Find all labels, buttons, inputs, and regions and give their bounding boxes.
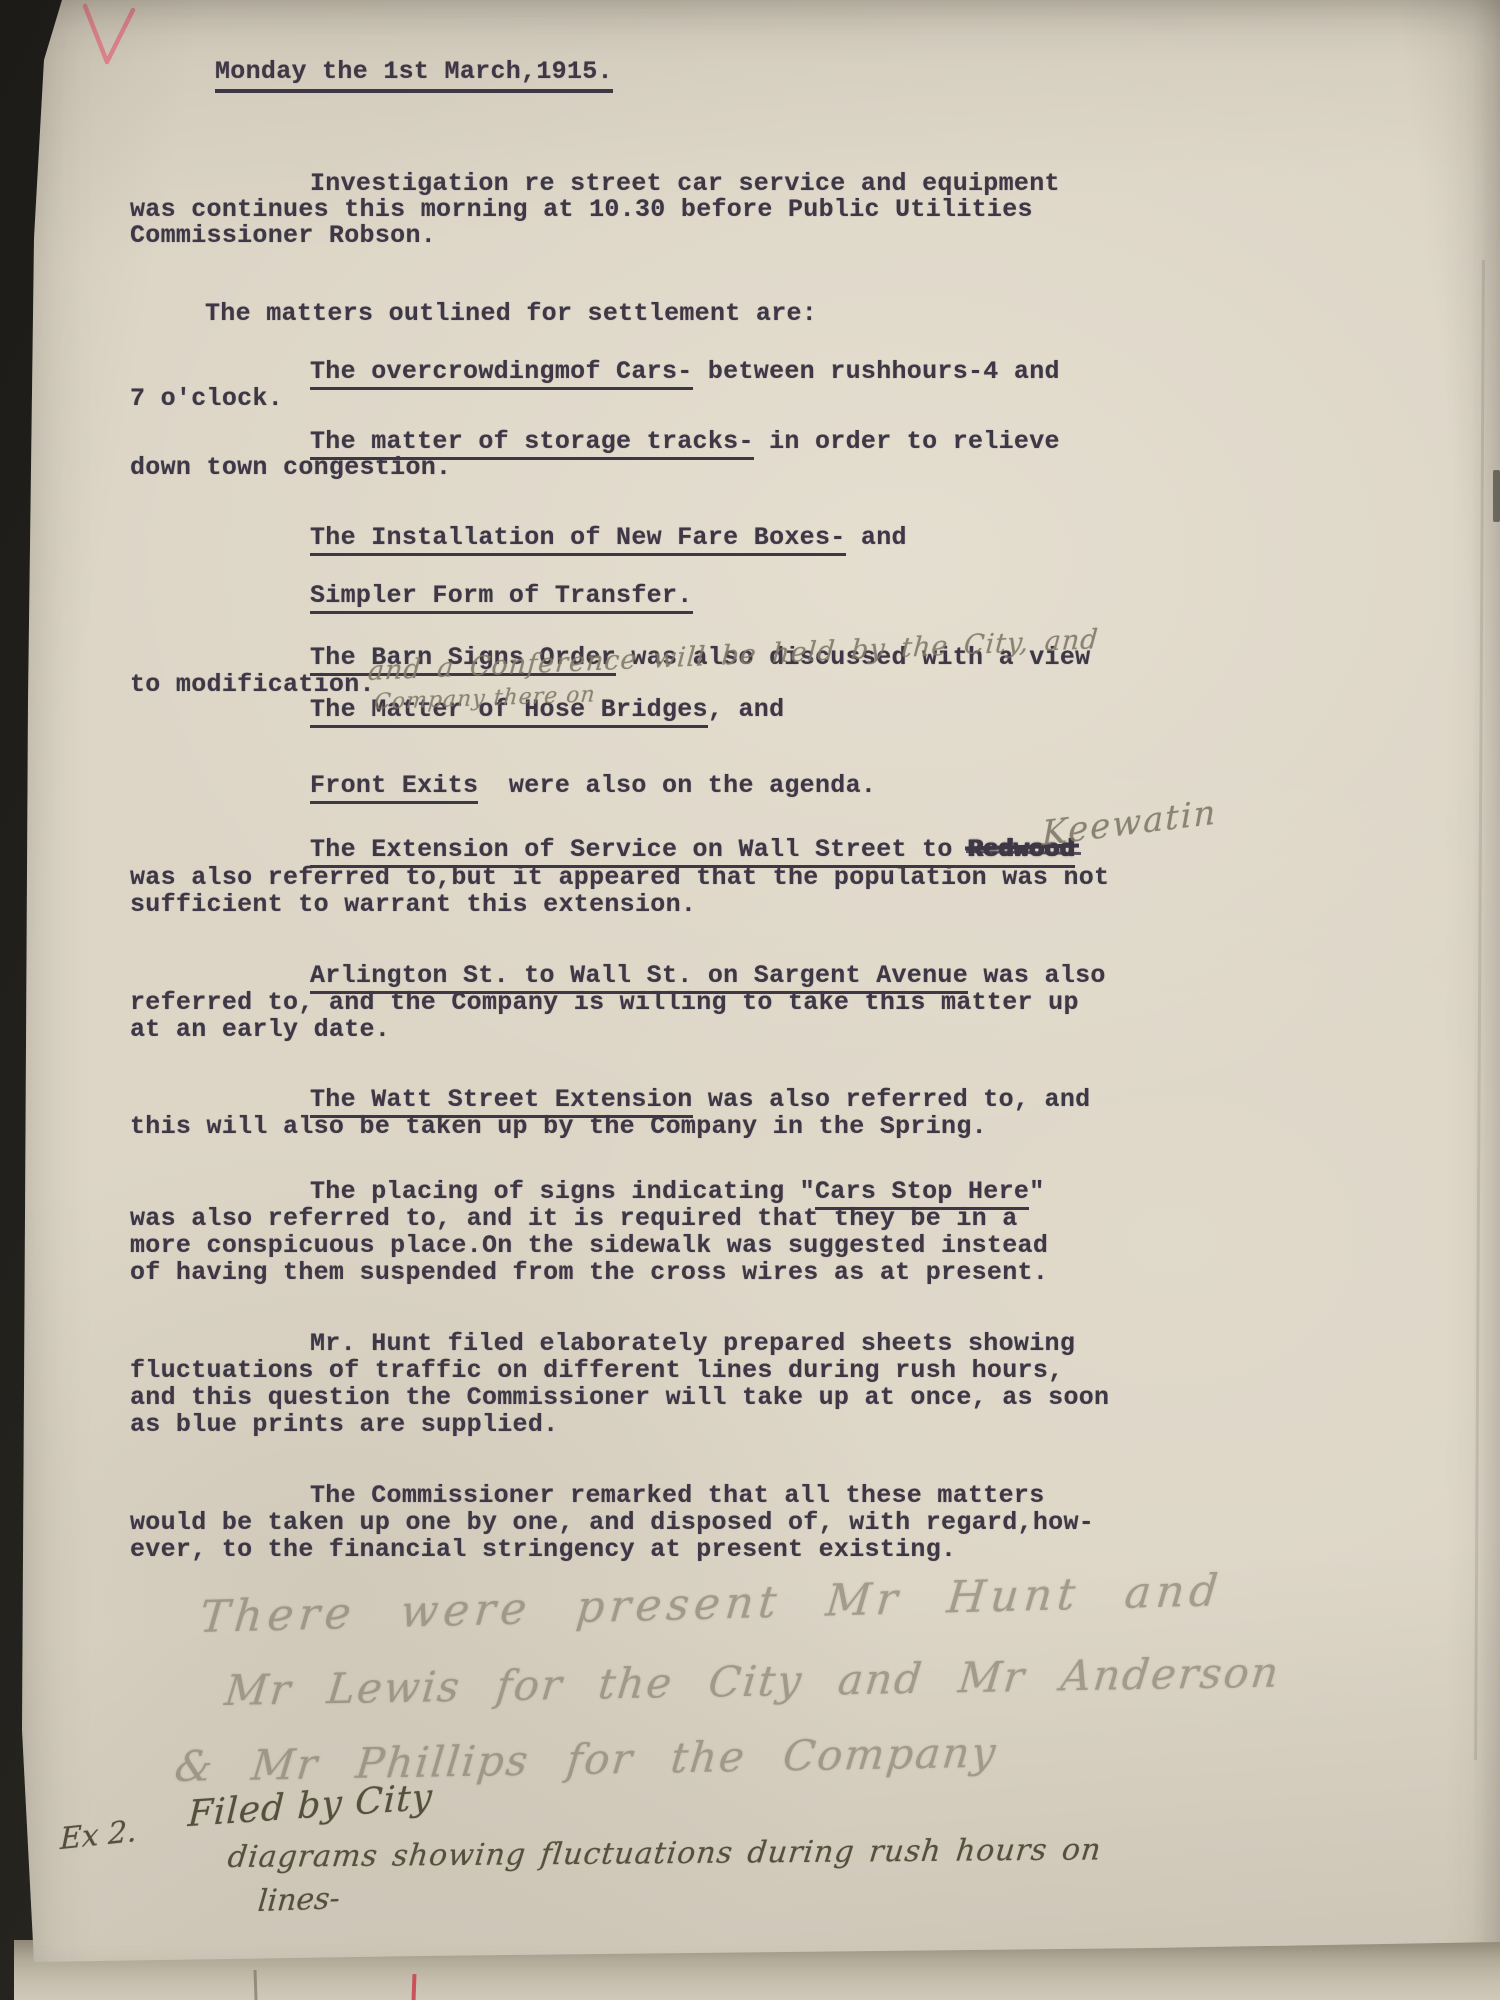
typed-line: ever, to the financial stringency at pre… [130, 1536, 956, 1563]
typed-line: fluctuations of traffic on different lin… [130, 1357, 1063, 1384]
typed-line: The Extension of Service on Wall Street … [310, 836, 1075, 863]
typed-text: Commissioner Robson. [130, 221, 436, 250]
typed-line: The Watt Street Extension was also refer… [310, 1086, 1090, 1113]
typed-text: 7 o'clock. [130, 384, 283, 413]
red-checkmark-icon [78, 2, 150, 74]
annotation-present-3: & Mr Phillips for the Company [172, 1728, 999, 1791]
typed-line: 7 o'clock. [130, 385, 283, 412]
typed-text: referred to, and the Company is willing … [130, 988, 1079, 1017]
annotation-lines: lines- [256, 1881, 341, 1919]
typed-text: The matters outlined for settlement are: [205, 299, 817, 328]
typed-text: was also [968, 961, 1106, 990]
typed-line: Front Exits were also on the agenda. [310, 772, 876, 799]
typed-line: as blue prints are supplied. [130, 1411, 558, 1438]
red-line-mark [412, 1974, 417, 2000]
annotation-present-1: There were present Mr Hunt and [198, 1565, 1226, 1643]
typed-text: more conspicuous place.On the sidewalk w… [130, 1231, 1048, 1260]
typed-line: Mr. Hunt filed elaborately prepared shee… [310, 1330, 1075, 1357]
typed-text: Mr. Hunt filed elaborately prepared shee… [310, 1329, 1075, 1358]
typed-text: would be taken up one by one, and dispos… [130, 1508, 1094, 1537]
typed-text: this will also be taken up by the Compan… [130, 1112, 987, 1141]
typed-line: referred to, and the Company is willing … [130, 989, 1079, 1016]
typed-line: sufficient to warrant this extension. [130, 891, 696, 918]
annotation-present-2: Mr Lewis for the City and Mr Anderson [222, 1648, 1282, 1716]
typed-line: was also referred to, and it is required… [130, 1205, 1018, 1232]
typed-text: and this question the Commissioner will … [130, 1383, 1109, 1412]
typed-line: to modification. [130, 671, 375, 698]
typed-text: were also on the agenda. [478, 771, 876, 800]
typed-text: at an early date. [130, 1015, 390, 1044]
typed-line: of having them suspended from the cross … [130, 1259, 1048, 1286]
paper-crease [1474, 260, 1485, 1760]
annotation-exhibit-number: Ex 2. [60, 1814, 137, 1857]
typed-text: as blue prints are supplied. [130, 1410, 558, 1439]
page: Monday the 1st March,1915.Investigation … [0, 0, 1500, 2000]
typed-line: Simpler Form of Transfer. [310, 582, 693, 609]
typed-line: down town congestion. [130, 454, 451, 481]
typed-line: more conspicuous place.On the sidewalk w… [130, 1232, 1048, 1259]
typed-text: in order to relieve [754, 427, 1060, 456]
typed-line: The matters outlined for settlement are: [205, 300, 817, 327]
typed-text: was also referred to, and it is required… [130, 1204, 1018, 1233]
typed-line: Investigation re street car service and … [310, 170, 1060, 197]
typed-text: sufficient to warrant this extension. [130, 890, 696, 919]
typed-line: this will also be taken up by the Compan… [130, 1113, 987, 1140]
typed-text: fluctuations of traffic on different lin… [130, 1356, 1063, 1385]
typed-text: between rushhours-4 and [693, 357, 1060, 386]
typed-text: Monday the 1st March,1915. [215, 57, 613, 93]
typed-text: of having them suspended from the cross … [130, 1258, 1048, 1287]
typed-text: The Installation of New Fare Boxes- [310, 523, 846, 556]
typed-text: The Commissioner remarked that all these… [310, 1481, 1045, 1510]
typed-text: The placing of signs indicating " [310, 1177, 815, 1206]
typed-text: and [846, 523, 907, 552]
typed-text: , and [708, 695, 785, 724]
typed-line: and this question the Commissioner will … [130, 1384, 1109, 1411]
typed-line: at an early date. [130, 1016, 390, 1043]
typed-text: was continues this morning at 10.30 befo… [130, 195, 1033, 224]
typed-text: Front Exits [310, 771, 478, 804]
photographed-document: { "colors": { "paper": "#ddd6c7", "ink":… [0, 0, 1500, 2000]
typed-line: The placing of signs indicating "Cars St… [310, 1178, 1045, 1205]
typed-line: The Commissioner remarked that all these… [310, 1482, 1045, 1509]
typed-line: The Installation of New Fare Boxes- and [310, 524, 907, 551]
typed-text: down town congestion. [130, 453, 451, 482]
annotation-diagrams: diagrams showing fluctuations during rus… [226, 1832, 1103, 1875]
typed-text: was also referred to, and [693, 1085, 1091, 1114]
typed-text: ever, to the financial stringency at pre… [130, 1535, 956, 1564]
annotation-conference: and a Conference will be held by the Cit… [367, 624, 1100, 687]
annotation-keewatin: Keewatin [1042, 792, 1217, 854]
typed-text: The overcrowdingmof Cars- [310, 357, 693, 390]
typed-line: would be taken up one by one, and dispos… [130, 1509, 1094, 1536]
typed-line: was also referred to,but it appeared tha… [130, 864, 1109, 891]
typed-text: " [1029, 1177, 1044, 1206]
typed-text: was also referred to,but it appeared tha… [130, 863, 1109, 892]
page-edge-mark [1493, 470, 1500, 522]
typed-line: was continues this morning at 10.30 befo… [130, 196, 1033, 223]
typed-line: Commissioner Robson. [130, 222, 436, 249]
typed-line: The matter of storage tracks- in order t… [310, 428, 1060, 455]
typed-text: Simpler Form of Transfer. [310, 581, 693, 614]
typed-line: Arlington St. to Wall St. on Sargent Ave… [310, 962, 1106, 989]
pencil-mark [253, 1970, 257, 2000]
typed-line: The overcrowdingmof Cars- between rushho… [310, 358, 1060, 385]
typed-text: Investigation re street car service and … [310, 169, 1060, 198]
typed-line: Monday the 1st March,1915. [215, 58, 613, 85]
